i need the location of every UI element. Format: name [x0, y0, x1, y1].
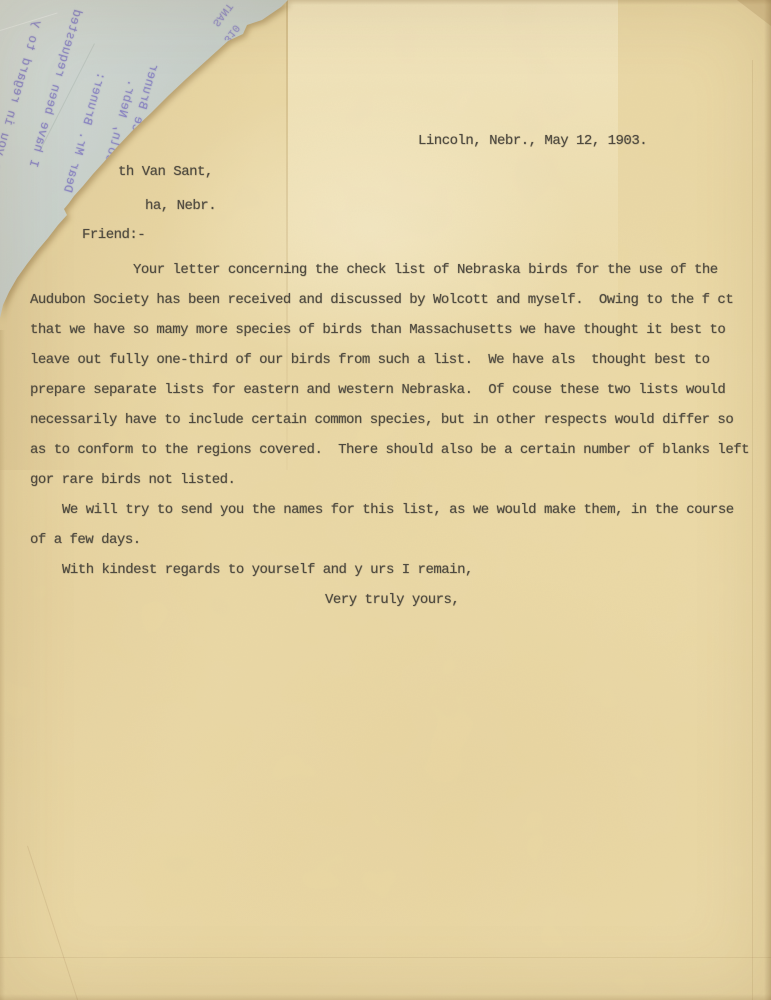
- letter-line: prepare separate lists for eastern and w…: [30, 382, 725, 398]
- letter-line: leave out fully one-third of our birds f…: [30, 352, 710, 368]
- address-fragment-name: th Van Sant,: [118, 164, 213, 180]
- crease-bottom: [0, 957, 771, 958]
- page-edge-left: [0, 330, 5, 1000]
- address-fragment-city: ha, Nebr.: [145, 198, 216, 214]
- ghost-text-line: I have been requested: [26, 7, 85, 168]
- letter-line: gor rare birds not listed.: [30, 472, 235, 488]
- letter-line: as to conform to the regions covered. Th…: [30, 442, 749, 458]
- page-edge-right: [764, 0, 771, 1000]
- ghost-text-line: Dear Mr. Bruner:: [60, 70, 108, 194]
- letter-scan-page: Lincoln, Nebr., May 12, 1903. th Van San…: [0, 0, 771, 1000]
- letter-line: Audubon Society has been received and di…: [30, 292, 733, 308]
- letter-line: Your letter concerning the check list of…: [30, 262, 718, 278]
- grain-overlay: [0, 0, 771, 1000]
- salutation-fragment: Friend:-: [82, 227, 145, 243]
- ghost-corner-fragment: 310: [220, 21, 242, 44]
- letter-line: We will try to send you the names for th…: [30, 502, 734, 518]
- ghost-text-line: to you in regard to y: [0, 18, 44, 179]
- ghost-ink-dot: [127, 154, 130, 157]
- letter-line: that we have so mamy more species of bir…: [30, 322, 725, 338]
- fold-crease: [0, 12, 58, 30]
- page-corner-top-right: [737, 0, 771, 26]
- ghost-text-line: Lawrence Bruner: [115, 62, 161, 178]
- crease-diagonal-bottom-left: [27, 846, 78, 1000]
- paper-light-band: [288, 0, 618, 370]
- letter-line: necessarily have to include certain comm…: [30, 412, 733, 428]
- fold-crease: [40, 43, 95, 150]
- letter-line: of a few days.: [30, 532, 141, 548]
- dateline: Lincoln, Nebr., May 12, 1903.: [418, 133, 647, 149]
- signoff-line: Very truly yours,: [325, 592, 459, 608]
- page-edge-bottom: [0, 994, 771, 1000]
- paper-shading: [0, 0, 300, 470]
- crease-right: [752, 60, 753, 1000]
- letter-line: With kindest regards to yourself and y u…: [30, 562, 473, 578]
- ghost-corner-fragment: SANT: [209, 0, 234, 28]
- page-edge-top: [0, 0, 771, 5]
- vertical-fold-crease: [286, 0, 288, 470]
